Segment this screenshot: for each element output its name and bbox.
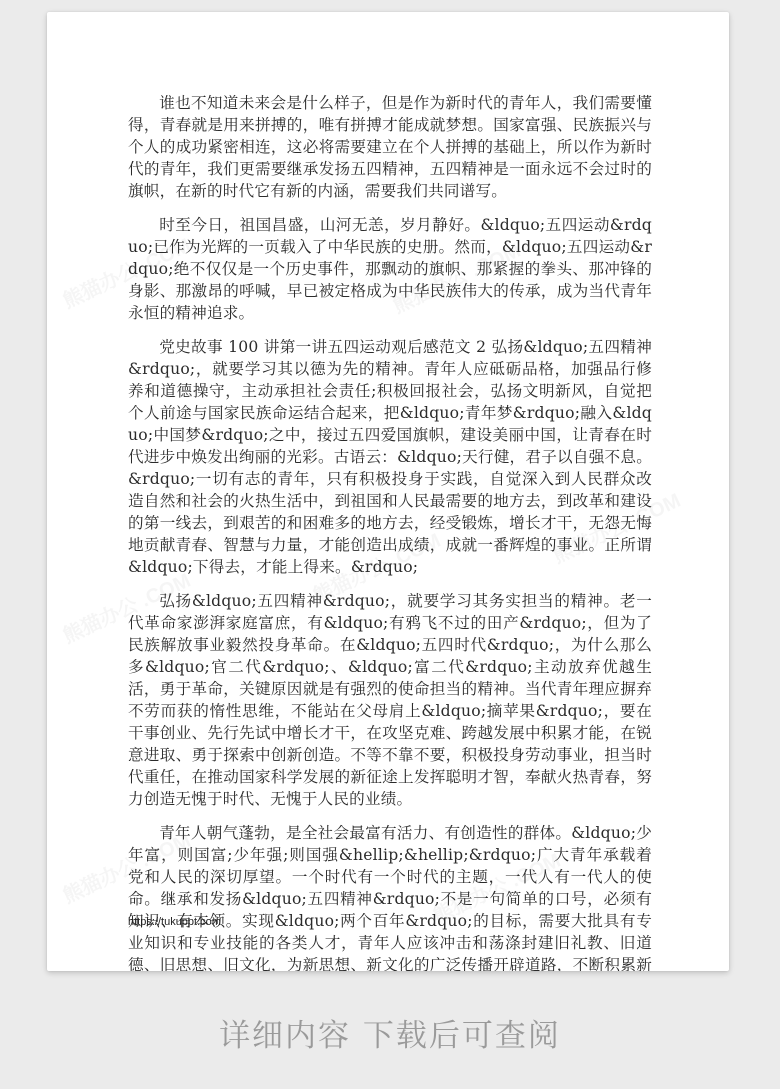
paragraph: 党史故事 100 讲第一讲五四运动观后感范文 2 弘扬&ldquo;五四精神&r… [128,336,652,578]
paragraph: 谁也不知道未来会是什么样子，但是作为新时代的青年人，我们需要懂得，青春就是用来拼… [128,92,652,202]
paragraph: 青年人朝气蓬勃，是全社会最富有活力、有创造性的群体。&ldquo;少年富，则国富… [128,822,652,971]
footer-url: https://tukuppt.com [128,916,221,928]
paragraph: 弘扬&ldquo;五四精神&rdquo;，就要学习其务实担当的精神。老一代革命家… [128,590,652,810]
document-body: 谁也不知道未来会是什么样子，但是作为新时代的青年人，我们需要懂得，青春就是用来拼… [128,92,652,971]
paragraph: 时至今日，祖国昌盛，山河无恙，岁月静好。&ldquo;五四运动&rdquo;已作… [128,214,652,324]
document-page: 熊猫办公 .COM 熊猫办公 .COM 熊猫办公 .COM 熊猫办公 .COM … [47,12,729,971]
download-prompt-banner: 详细内容 下载后可查阅 [0,1010,780,1055]
